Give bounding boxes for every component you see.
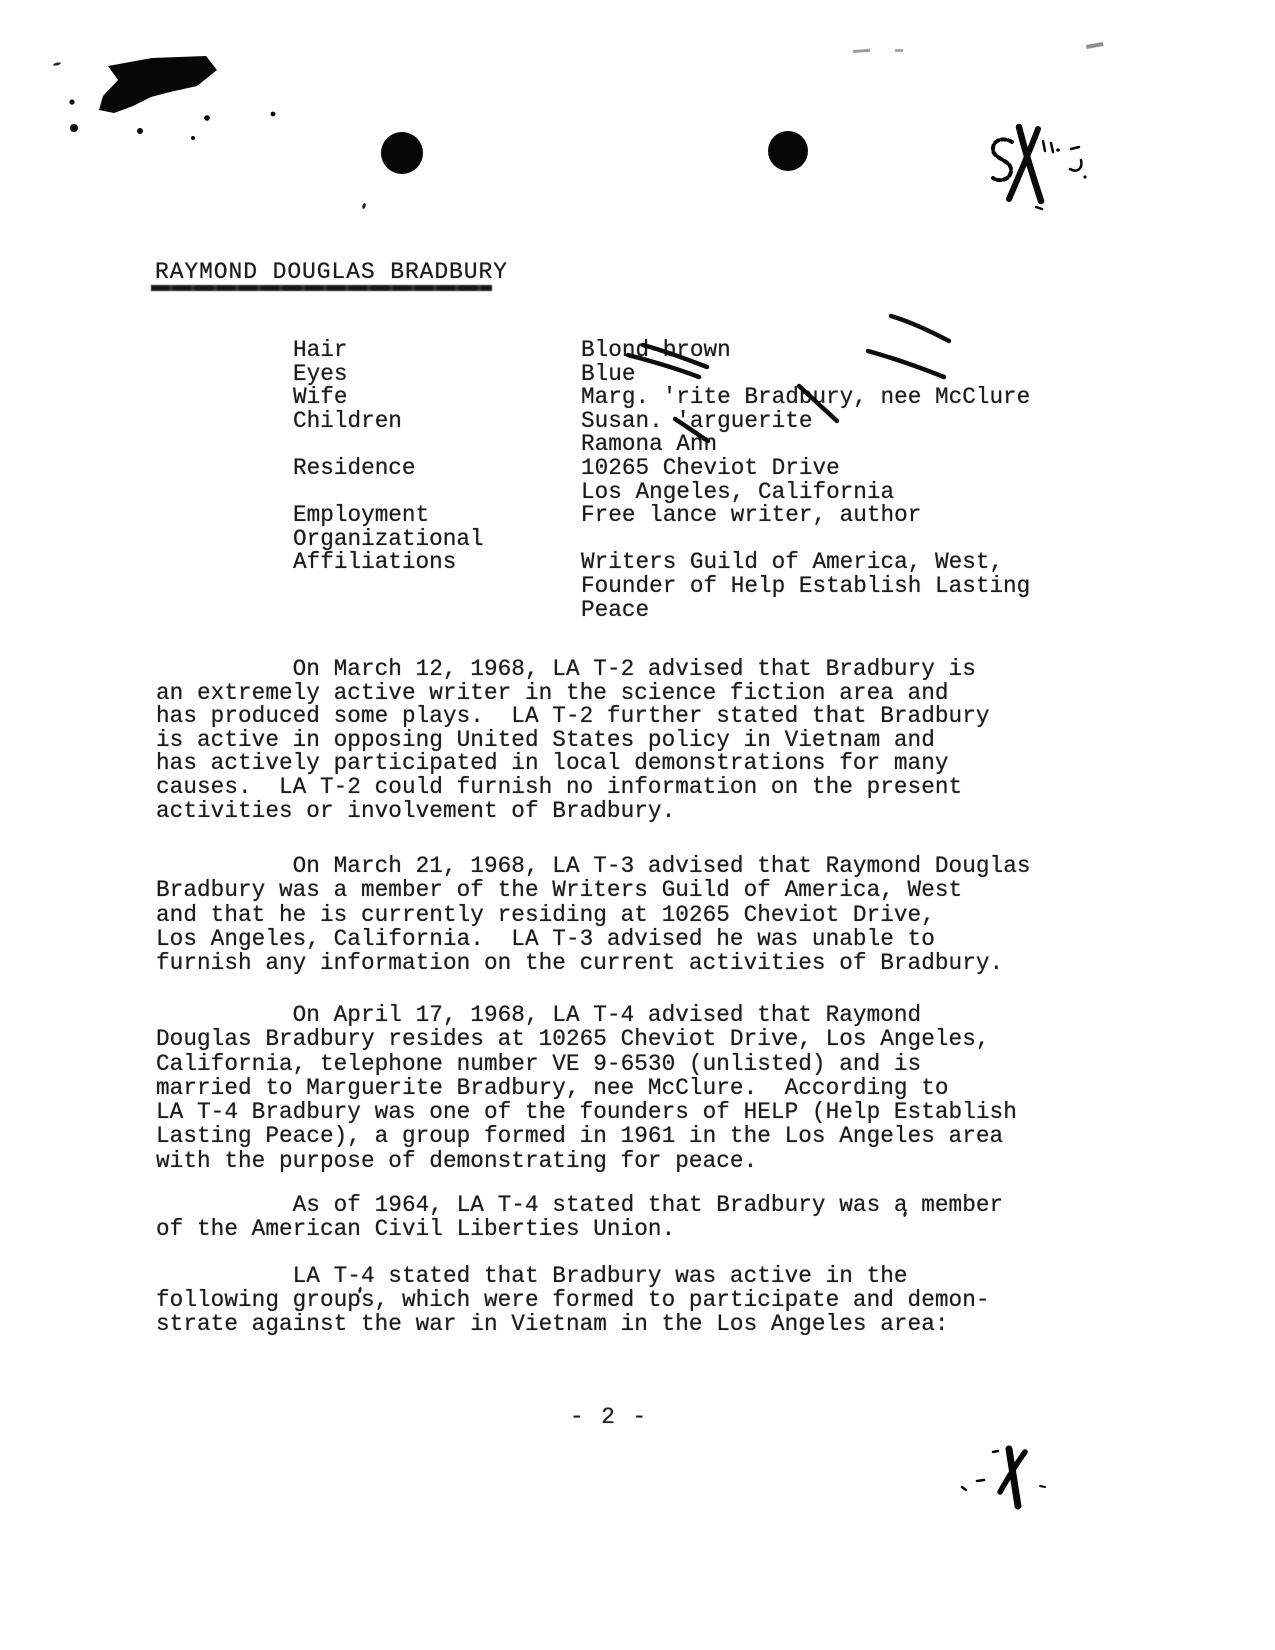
info-label <box>293 575 581 599</box>
speck <box>53 62 61 67</box>
scribble-tick <box>1051 143 1053 152</box>
document-title: RAYMOND DOUGLAS BRADBURY <box>155 261 508 285</box>
info-value: Los Angeles, California <box>581 481 894 505</box>
speck-dash <box>993 1451 998 1452</box>
info-value: Free lance writer, author <box>581 504 921 528</box>
page-number: - 2 - <box>570 1406 648 1430</box>
info-label <box>293 481 581 505</box>
speck <box>137 128 143 134</box>
x-mark-bottom-stroke-1 <box>1009 1449 1018 1506</box>
info-row-affiliations: Affiliations Writers Guild of America, W… <box>293 551 1030 575</box>
faint-dash <box>1086 42 1103 49</box>
speck <box>107 106 118 114</box>
speck-dash <box>977 1480 984 1481</box>
speck <box>362 203 367 210</box>
speck <box>191 136 195 140</box>
info-value: Susan. 'arguerite <box>581 410 812 434</box>
paragraph-groups-intro: LA T-4 stated that Bradbury was active i… <box>156 1264 990 1336</box>
scribble-s-crossed-out <box>993 127 1087 209</box>
scribble-tick <box>1036 207 1042 209</box>
paragraph-la-t3: On March 21, 1968, LA T-3 advised that R… <box>156 854 1031 975</box>
paragraph-la-t4-april: On April 17, 1968, LA T-4 advised that R… <box>156 1003 1017 1173</box>
info-value: Marg. 'rite Bradbury, nee McClure <box>581 386 1030 410</box>
info-row-residence: Residence 10265 Cheviot Drive <box>293 457 1030 481</box>
pen-stroke <box>891 316 949 341</box>
info-table: Hair Blond-brown Eyes Blue Wife Marg. 'r… <box>293 339 1030 622</box>
x-mark-bottom-stroke-2 <box>1000 1452 1025 1492</box>
info-label: Organizational <box>293 528 581 552</box>
info-row-wife: Wife Marg. 'rite Bradbury, nee McClure <box>293 386 1030 410</box>
punch-hole-dot-right <box>768 131 808 171</box>
info-value: Ramona Ann <box>581 433 717 457</box>
scribble-tick <box>1043 141 1045 151</box>
scribble-hook <box>1070 160 1081 171</box>
info-label <box>293 433 581 457</box>
scribble-dot <box>1083 175 1086 178</box>
info-label: Eyes <box>293 363 581 387</box>
info-value: Writers Guild of America, West, <box>581 551 1003 575</box>
info-row-hair: Hair Blond-brown <box>293 339 1030 363</box>
info-label: Residence <box>293 457 581 481</box>
info-label: Children <box>293 410 581 434</box>
info-value: Peace <box>581 599 649 623</box>
scribble-dot <box>1056 148 1060 152</box>
info-value: Blond-brown <box>581 339 731 363</box>
speck <box>70 124 78 132</box>
info-row-children-2: Ramona Ann <box>293 433 1030 457</box>
speck <box>69 99 74 104</box>
speck <box>204 115 210 121</box>
x-mark-top-stroke-1 <box>1019 127 1041 201</box>
info-row-affiliations-2: Founder of Help Establish Lasting <box>293 575 1030 599</box>
faint-dash <box>853 49 870 53</box>
speck-dash <box>1040 1486 1045 1487</box>
paragraph-la-t2: On March 12, 1968, LA T-2 advised that B… <box>156 658 990 823</box>
punch-hole-dot-left <box>381 132 423 174</box>
info-row-residence-2: Los Angeles, California <box>293 481 1030 505</box>
info-label: Affiliations <box>293 551 581 575</box>
page-scan: RAYMOND DOUGLAS BRADBURY Hair Blond-brow… <box>0 0 1275 1650</box>
info-value: 10265 Cheviot Drive <box>581 457 840 481</box>
title-underline <box>151 285 492 291</box>
ink-blob-mark <box>99 56 217 113</box>
x-mark-bottom <box>962 1449 1045 1506</box>
info-label <box>293 599 581 623</box>
paragraph-aclu: As of 1964, LA T-4 stated that Bradbury … <box>156 1193 1003 1241</box>
info-value: Founder of Help Establish Lasting <box>581 575 1030 599</box>
faint-dash <box>895 49 903 52</box>
info-row-organizational: Organizational <box>293 528 1030 552</box>
speck-dash <box>962 1487 966 1490</box>
info-row-employment: Employment Free lance writer, author <box>293 504 1030 528</box>
scribble-s-glyph <box>993 139 1012 180</box>
info-label: Employment <box>293 504 581 528</box>
x-mark-top-stroke-2 <box>1009 129 1038 199</box>
scan-artifacts-layer <box>0 0 1275 1650</box>
info-value: Blue <box>581 363 635 387</box>
scanned-document-page: { "colors": { "paper": "#ffffff", "typew… <box>0 0 1275 1650</box>
scribble-tick <box>1071 147 1079 149</box>
speck <box>271 112 276 117</box>
info-row-affiliations-3: Peace <box>293 599 1030 623</box>
info-label: Wife <box>293 386 581 410</box>
info-row-eyes: Eyes Blue <box>293 363 1030 387</box>
info-label: Hair <box>293 339 581 363</box>
info-row-children: Children Susan. 'arguerite <box>293 410 1030 434</box>
